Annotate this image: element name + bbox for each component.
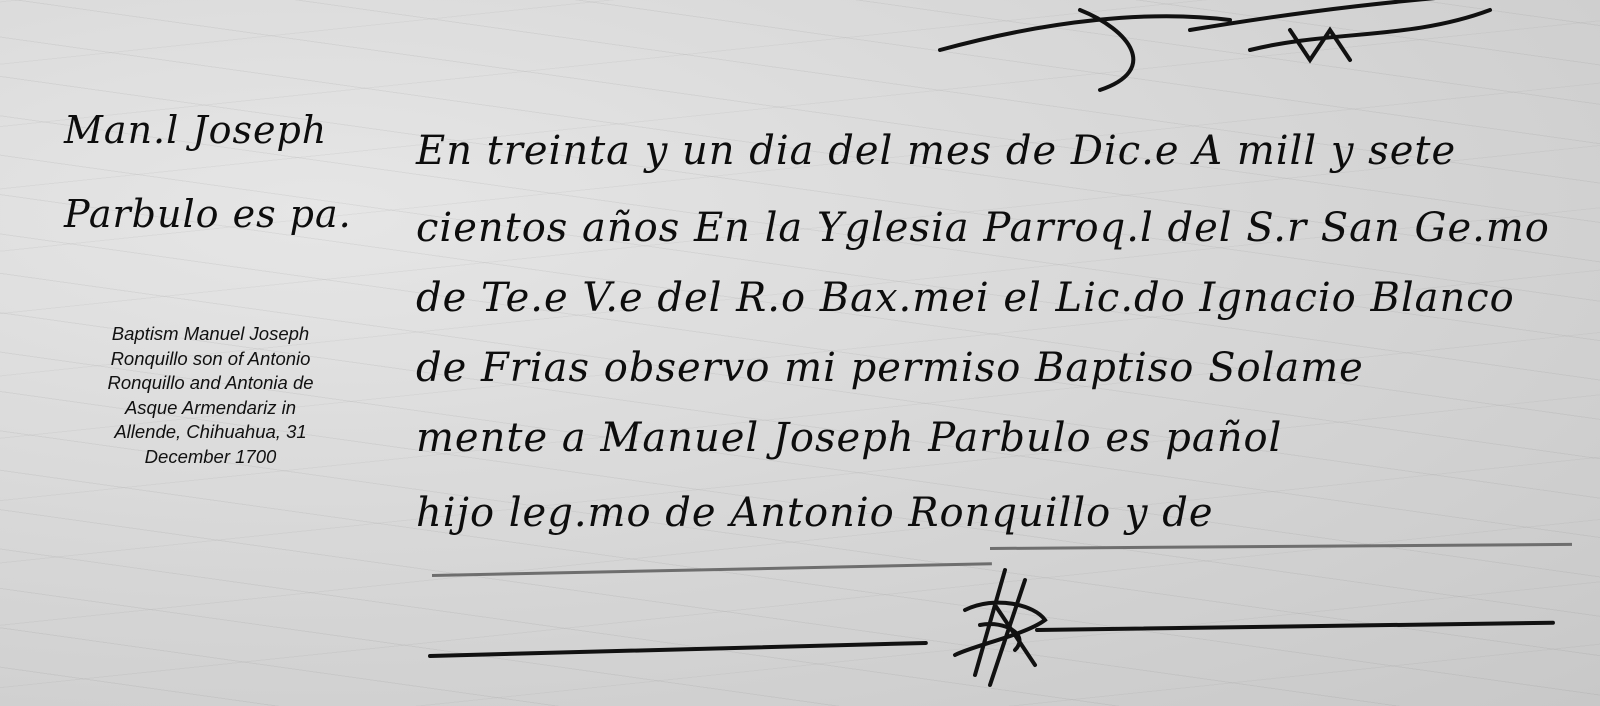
caption-line-1: Baptism Manuel Joseph <box>58 322 363 347</box>
margin-note-line-1: Man.l Joseph <box>64 88 352 172</box>
body-line-6: hijo leg.mo de Antonio Ronquillo y de <box>416 490 1214 536</box>
margin-note: Man.l Joseph Parbulo es pa. <box>64 88 352 256</box>
caption: Baptism Manuel Joseph Ronquillo son of A… <box>58 322 363 469</box>
caption-line-5: Allende, Chihuahua, 31 <box>58 420 363 445</box>
body-line-2: cientos años En la Yglesia Parroq.l del … <box>416 205 1550 251</box>
bottom-rubric-icon <box>935 565 1075 695</box>
caption-line-6: December 1700 <box>58 445 363 470</box>
caption-line-3: Ronquillo and Antonia de <box>58 371 363 396</box>
top-flourish-icon <box>930 0 1570 100</box>
body-line-3: de Te.e V.e del R.o Bax.mei el Lic.do Ig… <box>416 275 1515 321</box>
document-scan: Man.l Joseph Parbulo es pa. En treinta y… <box>0 0 1600 706</box>
caption-line-4: Asque Armendariz in <box>58 396 363 421</box>
body-line-5: mente a Manuel Joseph Parbulo es pañol <box>416 415 1282 461</box>
body-line-4: de Frias observo mi permiso Baptiso Sola… <box>416 345 1364 391</box>
caption-line-2: Ronquillo son of Antonio <box>58 347 363 372</box>
margin-note-line-2: Parbulo es pa. <box>64 172 352 256</box>
body-line-1: En treinta y un dia del mes de Dic.e A m… <box>416 128 1456 174</box>
